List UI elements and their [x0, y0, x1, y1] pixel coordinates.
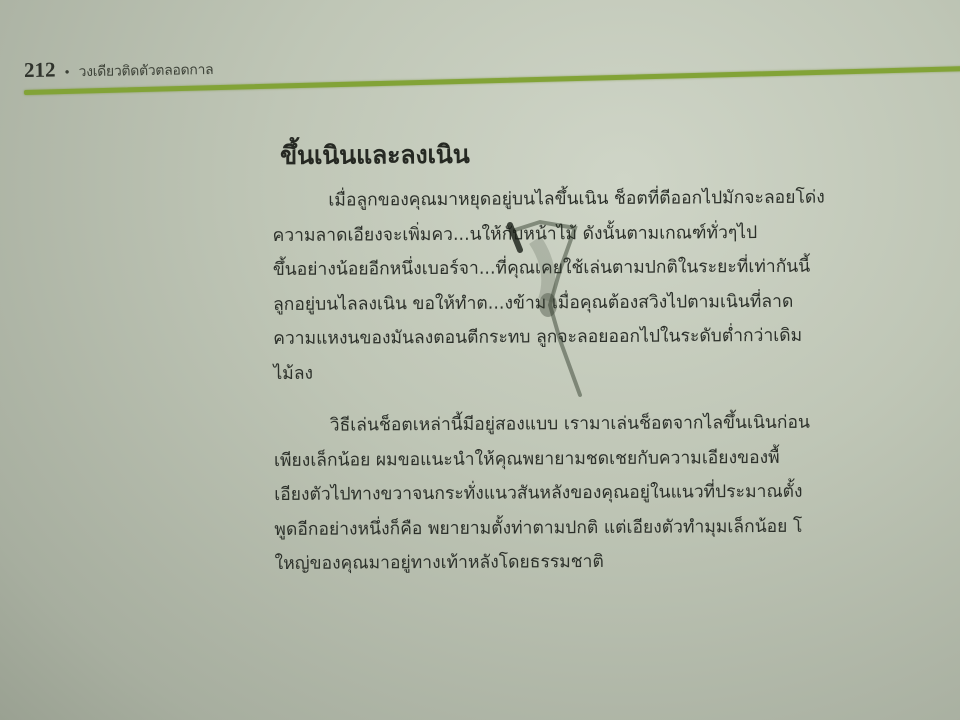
- paragraph-1: เมื่อลูกของคุณมาหยุดอยู่บนไลขึ้นเนิน ช็อ…: [272, 179, 960, 391]
- text-line: ความลาดเอียงจะเพิ่มคว...นให้กับหน้าไม้ ด…: [273, 214, 960, 253]
- text-line: เอียงตัวไปทางขวาจนกระทั่งแนวสันหลังของคุ…: [274, 473, 960, 512]
- text-line: เมื่อลูกของคุณมาหยุดอยู่บนไลขึ้นเนิน ช็อ…: [272, 179, 960, 218]
- running-header: 212 • วงเดียวติดตัวตลอดกาล: [24, 55, 214, 84]
- text-line: วิธีเล่นช็อตเหล่านี้มีอยู่สองแบบ เรามาเล…: [274, 404, 960, 443]
- text-line: เพียงเล็กน้อย ผมขอแนะนำให้คุณพยายามชดเชย…: [274, 439, 960, 478]
- text-line: ขึ้นอย่างน้อยอีกหนึ่งเบอร์จา...ที่คุณเคย…: [273, 248, 960, 287]
- section-content: ขึ้นเนินและลงเนิน เมื่อลูกของคุณมาหยุดอย…: [272, 131, 960, 581]
- paragraph-2: วิธีเล่นช็อตเหล่านี้มีอยู่สองแบบ เรามาเล…: [274, 404, 960, 581]
- text-line: ใหญ่ของคุณมาอยู่ทางเท้าหลังโดยธรรมชาติ: [275, 542, 960, 581]
- bullet-separator: •: [63, 65, 70, 79]
- text-line: ความแหงนของมันลงตอนตีกระทบ ลูกจะลอยออกไป…: [273, 317, 960, 356]
- text-line: ไม้ลง: [273, 352, 960, 391]
- text-line: ลูกอยู่บนไลลงเนิน ขอให้ทำต...งข้าม เมื่อ…: [273, 283, 960, 322]
- page-number: 212: [24, 58, 56, 83]
- book-page: 212 • วงเดียวติดตัวตลอดกาล ขึ้นเนินและลง…: [0, 0, 960, 720]
- book-title: วงเดียวติดตัวตลอดกาล: [78, 59, 213, 83]
- text-line: พูดอีกอย่างหนึ่งก็คือ พยายามตั้งท่าตามปก…: [274, 508, 960, 547]
- section-heading: ขึ้นเนินและลงเนิน: [280, 131, 960, 176]
